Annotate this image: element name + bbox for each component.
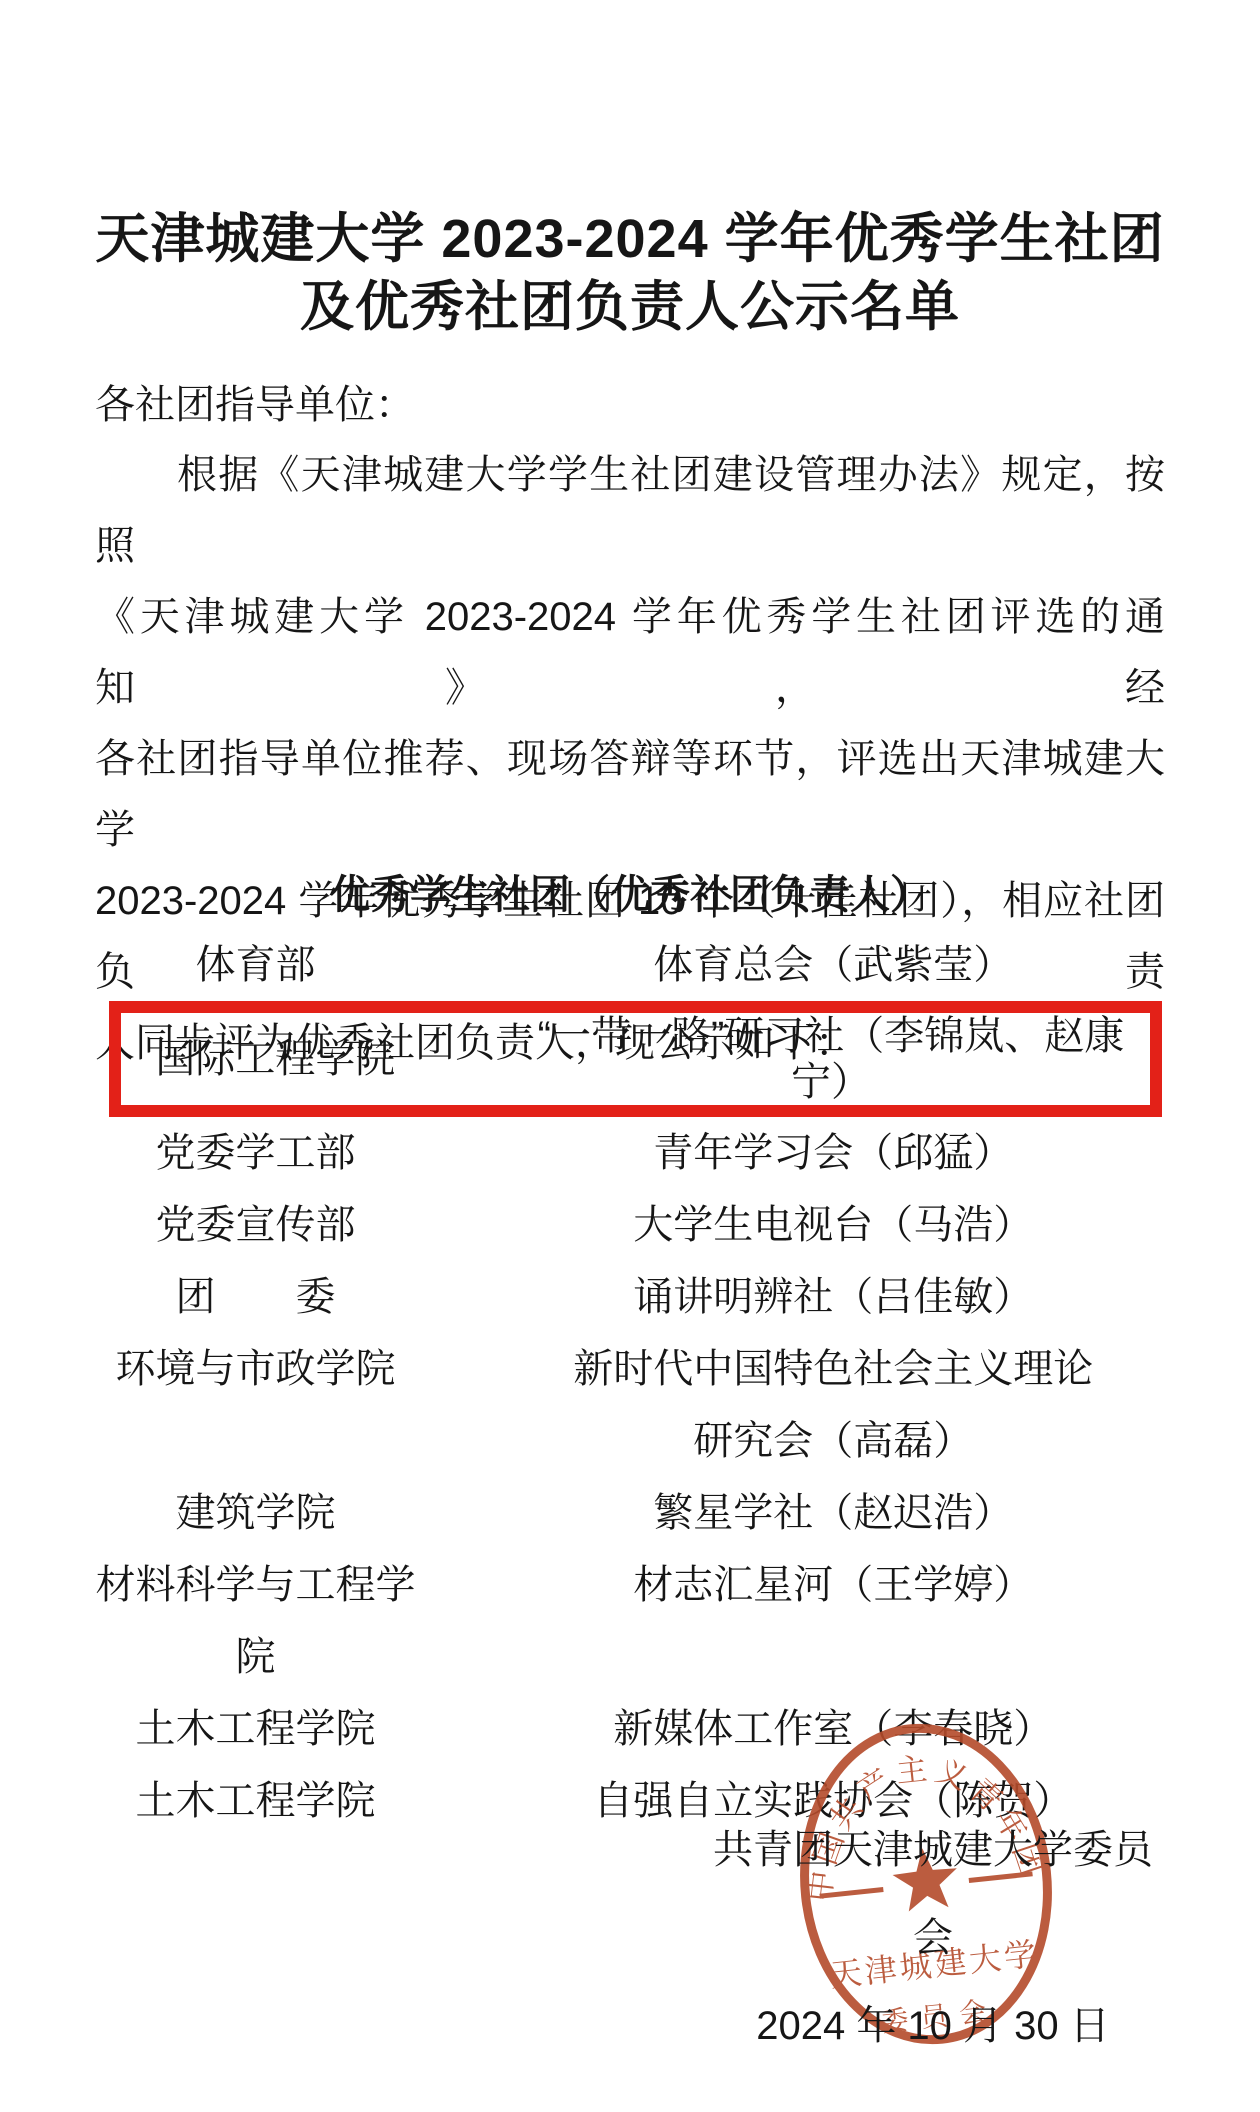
- unit-cell: 团 委: [95, 1261, 416, 1333]
- table-row: 体育部 体育总会（武紫莹）: [95, 929, 1165, 1001]
- club-cell: 体育总会（武紫莹）: [502, 929, 1165, 1001]
- club-cell: “一带一路”研习社（李锦岚、赵康宁）: [512, 1013, 1150, 1105]
- club-cell: 青年学习会（邱猛）: [502, 1117, 1165, 1189]
- table-row: 材料科学与工程学院 材志汇星河（王学婷）: [95, 1549, 1165, 1693]
- table-row: 团 委 诵讲明辨社（吕佳敏）: [95, 1261, 1165, 1333]
- paragraph-line: 根据《天津城建大学学生社团建设管理办法》规定，按照: [95, 440, 1165, 582]
- club-cell: 诵讲明辨社（吕佳敏）: [502, 1261, 1165, 1333]
- paragraph-line: 各社团指导单位推荐、现场答辩等环节，评选出天津城建大学: [95, 724, 1165, 866]
- unit-cell: 体育部: [95, 929, 416, 1001]
- unit-cell: 环境与市政学院: [95, 1333, 416, 1405]
- table-row: 环境与市政学院 新时代中国特色社会主义理论 研究会（高磊）: [95, 1333, 1165, 1477]
- unit-cell: 国际工程学院: [121, 1036, 430, 1082]
- paragraph-line: 《天津城建大学 2023-2024 学年优秀学生社团评选的通知》，经: [95, 582, 1165, 724]
- unit-cell: 党委学工部: [95, 1117, 416, 1189]
- section-heading: 优秀学生社团（优秀社团负责人）: [0, 860, 1260, 930]
- document-title: 天津城建大学 2023-2024 学年优秀学生社团 及优秀社团负责人公示名单: [0, 205, 1260, 341]
- unit-cell: 建筑学院: [95, 1477, 416, 1549]
- club-cell: 繁星学社（赵迟浩）: [502, 1477, 1165, 1549]
- table-row: 党委宣传部 大学生电视台（马浩）: [95, 1189, 1165, 1261]
- salutation: 各社团指导单位：: [95, 382, 415, 428]
- highlighted-row: 国际工程学院 “一带一路”研习社（李锦岚、赵康宁）: [109, 1001, 1162, 1117]
- club-cell: 大学生电视台（马浩）: [502, 1189, 1165, 1261]
- unit-cell: 土木工程学院: [95, 1693, 416, 1765]
- unit-cell: 材料科学与工程学院: [95, 1549, 416, 1693]
- title-line-2: 及优秀社团负责人公示名单: [0, 273, 1260, 341]
- club-cell: 材志汇星河（王学婷）: [502, 1549, 1165, 1621]
- unit-cell: 党委宣传部: [95, 1189, 416, 1261]
- table-row: 建筑学院 繁星学社（赵迟浩）: [95, 1477, 1165, 1549]
- awards-table: 体育部 体育总会（武紫莹） 国际工程学院 “一带一路”研习社（李锦岚、赵康宁） …: [95, 929, 1165, 1837]
- title-line-1: 天津城建大学 2023-2024 学年优秀学生社团: [0, 205, 1260, 273]
- club-cell: 新时代中国特色社会主义理论 研究会（高磊）: [502, 1333, 1165, 1477]
- table-row: 党委学工部 青年学习会（邱猛）: [95, 1117, 1165, 1189]
- document-page: 天津城建大学 2023-2024 学年优秀学生社团 及优秀社团负责人公示名单 各…: [0, 0, 1260, 2112]
- signature-org: 共青团天津城建大学委员会: [698, 1806, 1168, 1982]
- unit-cell: 土木工程学院: [95, 1765, 416, 1837]
- signature-date: 2024 年 10 月 30 日: [698, 1982, 1168, 2070]
- signature-block: 共青团天津城建大学委员会 2024 年 10 月 30 日: [698, 1806, 1168, 2070]
